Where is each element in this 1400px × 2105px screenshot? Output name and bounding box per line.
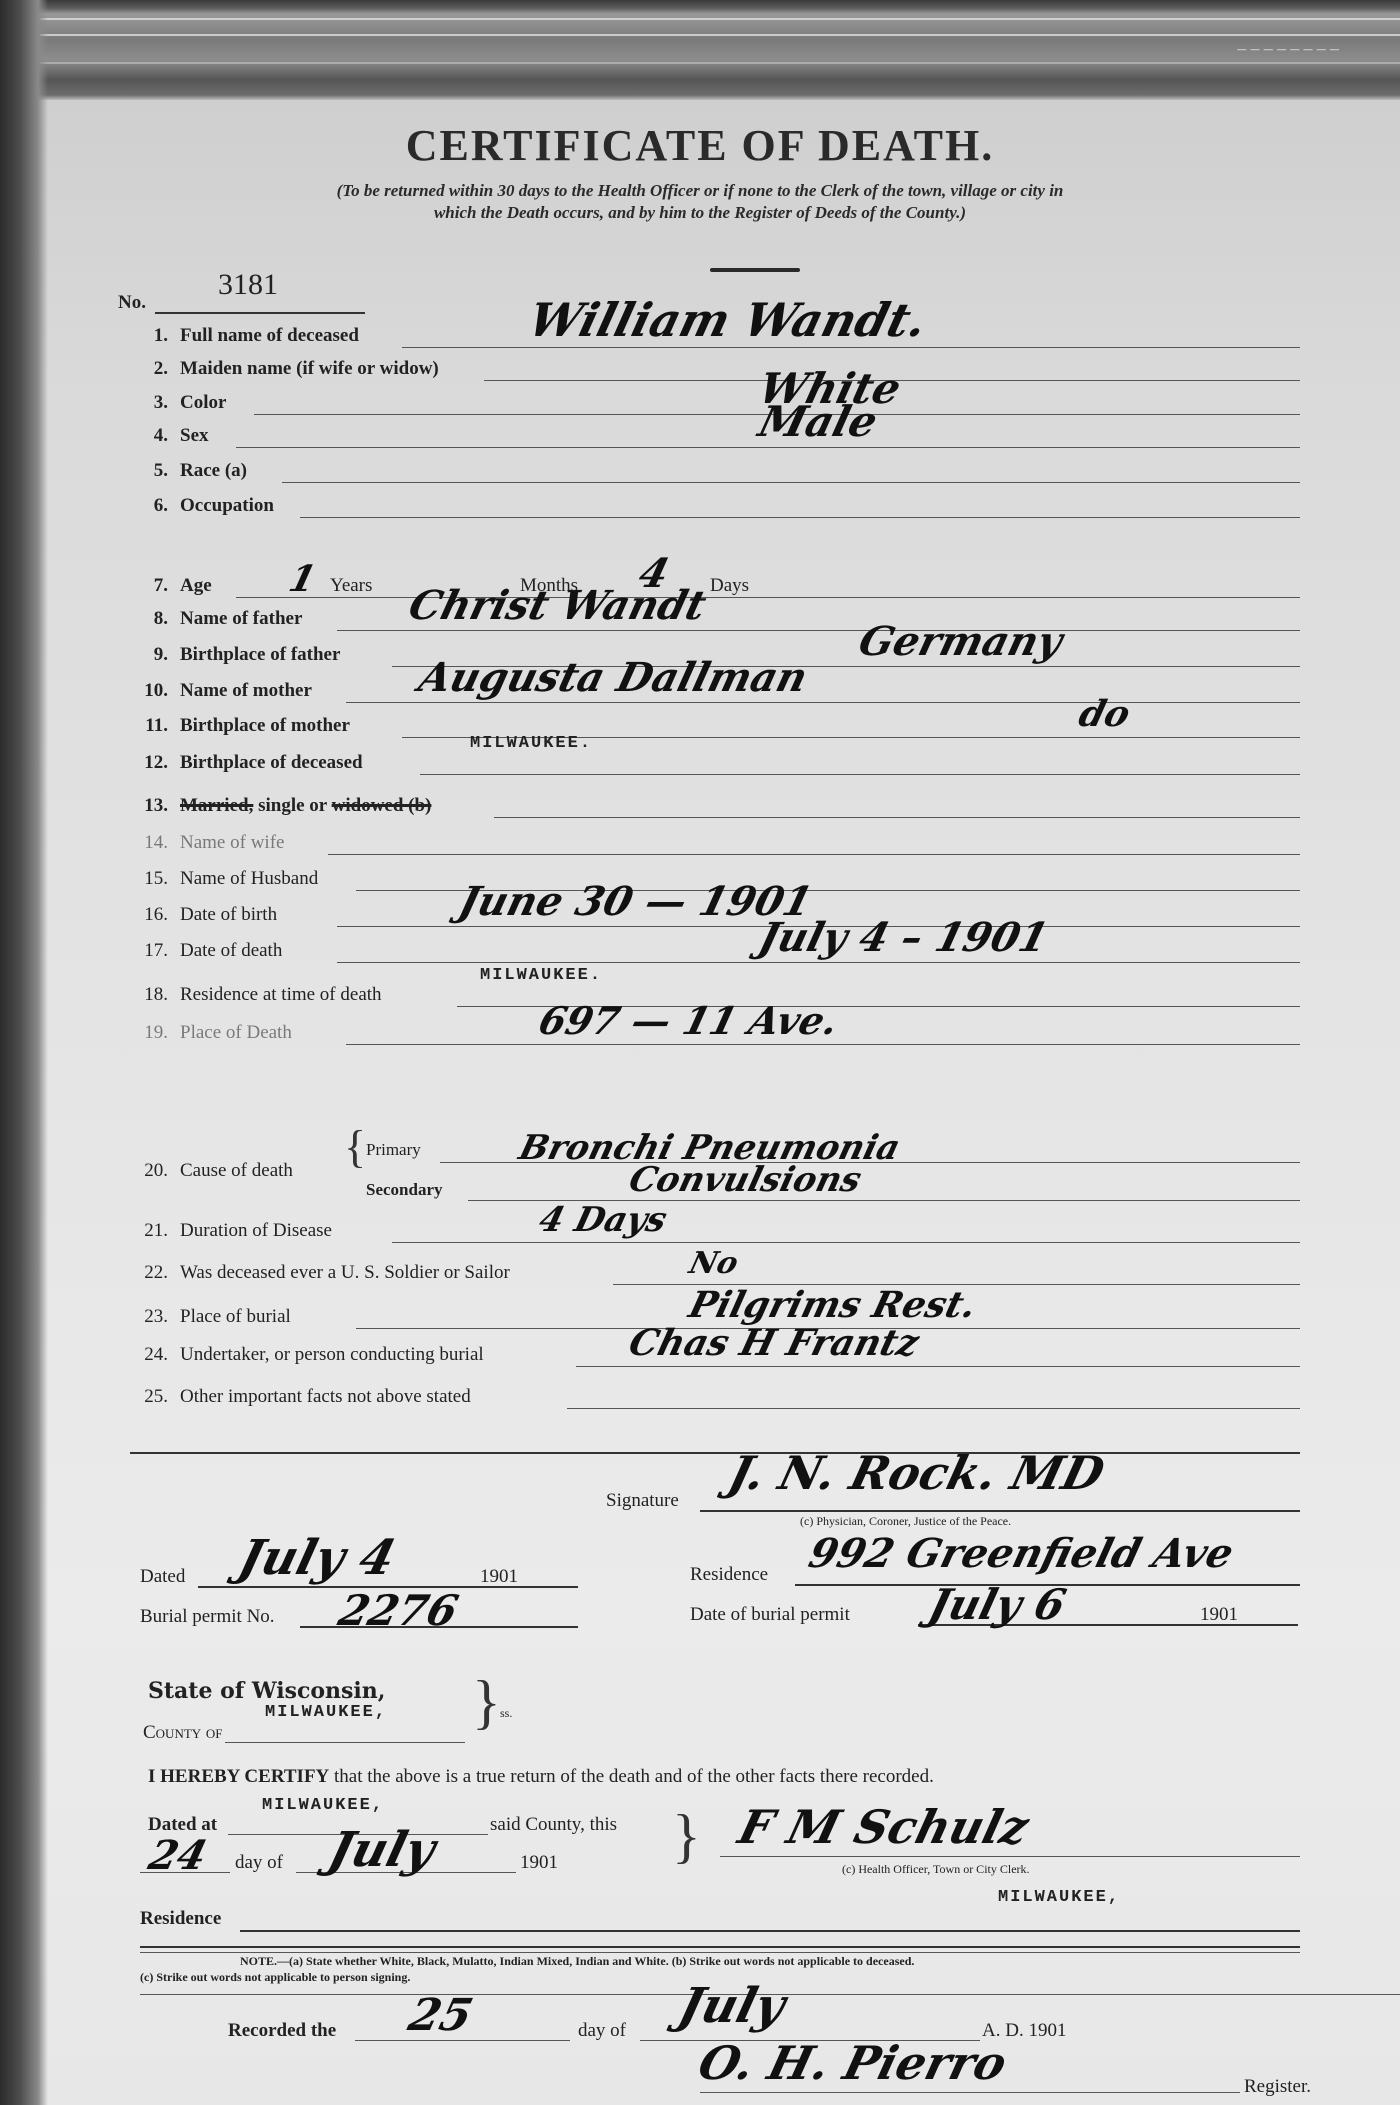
field-label-text: Was deceased ever a U. S. Soldier or Sai… — [180, 1262, 510, 1283]
field-number: 10. — [130, 680, 168, 702]
field-underline — [236, 597, 1300, 598]
struck-word: Married, — [180, 795, 253, 816]
field-number: 22. — [130, 1262, 168, 1284]
field-value-18: MILWAUKEE. — [480, 966, 602, 985]
field-label-8: 8.Name of father — [130, 608, 302, 630]
field-label-text: Birthplace of mother — [180, 715, 350, 736]
field-label-text: Name of father — [180, 608, 302, 629]
certify-text: that the above is a true return of the d… — [334, 1766, 934, 1787]
field-label-text: Name of Husband — [180, 868, 318, 889]
field-label-3: 3.Color — [130, 392, 226, 414]
field-underline — [300, 517, 1300, 518]
ornament-divider — [710, 268, 800, 272]
field-value-24: Chas H Frantz — [625, 1322, 923, 1364]
field-number: 4. — [130, 425, 168, 447]
field-underline — [282, 482, 1300, 483]
field-label-22: 22.Was deceased ever a U. S. Soldier or … — [130, 1262, 510, 1284]
officer-signature: F M Schulz — [733, 1800, 1034, 1854]
physician-signature: J. N. Rock. MD — [723, 1446, 1109, 1500]
field-label-text: Full name of deceased — [180, 325, 359, 346]
physician-residence-label: Residence — [690, 1564, 768, 1586]
cause-primary-label: Primary — [366, 1140, 421, 1160]
officer-city: MILWAUKEE, — [998, 1888, 1120, 1907]
burial-permit-label: Burial permit No. — [140, 1606, 275, 1628]
field-value-1: William Wandt. — [523, 293, 932, 347]
field-value-10: Augusta Dallman — [414, 654, 812, 701]
document-subtitle: (To be returned within 30 days to the He… — [130, 180, 1270, 224]
struck-word: widowed (b) — [332, 795, 432, 816]
field-number: 17. — [130, 940, 168, 962]
field-underline — [402, 347, 1300, 348]
recorded-month-value: July — [673, 1978, 791, 2034]
burial-permit-value: 2276 — [334, 1586, 463, 1635]
field-number: 3. — [130, 392, 168, 414]
scan-top-edge — [0, 0, 1400, 100]
cause-secondary-value: Convulsions — [625, 1160, 865, 1200]
field-number: 8. — [130, 608, 168, 630]
field-number: 24. — [130, 1344, 168, 1366]
recorded-day-of-label: day of — [578, 2020, 626, 2042]
field-underline — [420, 774, 1300, 775]
field-value-23: Pilgrims Rest. — [685, 1284, 981, 1326]
register-label: Register. — [1244, 2076, 1311, 2098]
subtitle-line-2: which the Death occurs, and by him to th… — [130, 202, 1270, 224]
field-underline — [328, 854, 1300, 855]
field-underline — [494, 817, 1300, 818]
field-label-text: single or — [253, 795, 331, 816]
field-value-4: Male — [754, 397, 883, 446]
field-label-text: Age — [180, 575, 212, 596]
field-number: 13. — [130, 795, 168, 817]
field-underline — [337, 962, 1300, 963]
physician-residence-value: 992 Greenfield Ave — [804, 1530, 1238, 1577]
field-value-19: 697 — 11 Ave. — [534, 998, 843, 1043]
field-value-17: July 4 – 1901 — [754, 914, 1053, 961]
field-label-9: 9.Birthplace of father — [130, 644, 340, 666]
burial-permit-date-label: Date of burial permit — [690, 1604, 850, 1626]
cause-secondary-label: Secondary — [366, 1180, 443, 1200]
certificate-number: 3181 — [218, 268, 278, 302]
field-label-text: Sex — [180, 425, 209, 446]
field-label-14: 14.Name of wife — [130, 832, 284, 854]
field-label-10: 10.Name of mother — [130, 680, 312, 702]
field-label-text: Residence at time of death — [180, 984, 382, 1005]
field-underline — [337, 630, 1300, 631]
signature-label: Signature — [606, 1490, 679, 1512]
field-number: 18. — [130, 984, 168, 1006]
field-label-text: Other important facts not above stated — [180, 1386, 471, 1407]
field-number: 6. — [130, 495, 168, 517]
state-label: State of Wisconsin, — [148, 1678, 385, 1704]
field-label-20: 20.Cause of death — [130, 1160, 293, 1182]
burial-permit-year: 1901 — [1200, 1604, 1238, 1626]
certificate-paper — [40, 100, 1400, 2105]
field-label-2: 2.Maiden name (if wife or widow) — [130, 358, 439, 380]
field-label-21: 21.Duration of Disease — [130, 1220, 332, 1242]
field-number: 15. — [130, 868, 168, 890]
field-label-text: Name of wife — [180, 832, 284, 853]
register-signature: O. H. Pierro — [693, 2036, 1012, 2090]
certificate-number-label: No. — [118, 292, 146, 314]
scan-left-edge — [0, 0, 48, 2105]
field-label-7: 7.Age — [130, 575, 212, 597]
document-title: CERTIFICATE OF DEATH. — [0, 120, 1400, 171]
field-number: 14. — [130, 832, 168, 854]
field-number: 21. — [130, 1220, 168, 1242]
field-label-4: 4.Sex — [130, 425, 209, 447]
field-value-9: Germany — [854, 618, 1067, 665]
recorded-day-value: 25 — [404, 1990, 478, 2041]
field-underline — [392, 1242, 1300, 1243]
field-label-text: Duration of Disease — [180, 1220, 332, 1241]
field-label-text: Place of burial — [180, 1306, 291, 1327]
field-label-13: 13.Married, single or widowed (b) — [130, 795, 431, 817]
field-label-25: 25.Other important facts not above state… — [130, 1386, 471, 1408]
burial-permit-date-value: July 6 — [924, 1580, 1071, 1629]
field-value-11: do — [1075, 693, 1135, 735]
jurat-year-value: 1901 — [520, 1852, 558, 1874]
dated-label: Dated — [140, 1566, 185, 1588]
field-number: 11. — [130, 715, 168, 737]
age-months-label: Months — [520, 575, 578, 597]
field-label-24: 24.Undertaker, or person conducting buri… — [130, 1344, 484, 1366]
field-number: 5. — [130, 460, 168, 482]
field-number: 2. — [130, 358, 168, 380]
officer-caption: (c) Health Officer, Town or City Clerk. — [842, 1862, 1030, 1877]
county-label: County of — [143, 1722, 223, 1744]
field-label-17: 17.Date of death — [130, 940, 282, 962]
field-label-text: Undertaker, or person conducting burial — [180, 1344, 484, 1365]
certify-lead: I HEREBY CERTIFY — [148, 1766, 329, 1787]
dated-value: July 4 — [233, 1530, 401, 1586]
field-label-19: 19.Place of Death — [130, 1022, 292, 1044]
field-label-23: 23.Place of burial — [130, 1306, 291, 1328]
field-underline — [576, 1366, 1300, 1367]
jurat-month-value: July — [323, 1822, 441, 1878]
field-label-11: 11.Birthplace of mother — [130, 715, 350, 737]
field-number: 25. — [130, 1386, 168, 1408]
age-years-label: Years — [330, 575, 372, 597]
ss-label: ss. — [500, 1706, 512, 1721]
note-line-1: NOTE.—(a) State whether White, Black, Mu… — [240, 1954, 914, 1969]
field-underline — [346, 1044, 1300, 1045]
cause-brace: { — [344, 1124, 366, 1170]
subtitle-line-1: (To be returned within 30 days to the He… — [130, 180, 1270, 202]
field-underline — [346, 702, 1300, 703]
field-label-12: 12.Birthplace of deceased — [130, 752, 363, 774]
field-label-text: Cause of death — [180, 1160, 293, 1181]
field-label-text: Race (a) — [180, 460, 247, 481]
field-number: 7. — [130, 575, 168, 597]
said-county-label: said County, this — [490, 1814, 617, 1836]
county-value: MILWAUKEE, — [265, 1703, 387, 1722]
jurat-day-of-label: day of — [235, 1852, 283, 1874]
field-label-18: 18.Residence at time of death — [130, 984, 382, 1006]
field-number: 16. — [130, 904, 168, 926]
field-value-22: No — [686, 1246, 742, 1281]
field-value-16: June 30 — 1901 — [454, 878, 817, 925]
field-number: 12. — [130, 752, 168, 774]
note-line-2: (c) Strike out words not applicable to p… — [140, 1970, 410, 1985]
field-label-text: Color — [180, 392, 226, 413]
field-number: 9. — [130, 644, 168, 666]
field-label-text: Occupation — [180, 495, 274, 516]
field-number: 23. — [130, 1306, 168, 1328]
field-label-text: Birthplace of father — [180, 644, 340, 665]
age-days-label: Days — [710, 575, 749, 597]
physician-caption: (c) Physician, Coroner, Justice of the P… — [800, 1514, 1011, 1529]
field-label-text: Name of mother — [180, 680, 312, 701]
jurat-brace-2: } — [672, 1806, 701, 1866]
field-label-16: 16.Date of birth — [130, 904, 277, 926]
dated-at-value: MILWAUKEE, — [262, 1796, 384, 1815]
field-label-1: 1.Full name of deceased — [130, 325, 359, 347]
field-label-text: Birthplace of deceased — [180, 752, 363, 773]
field-label-text: Date of birth — [180, 904, 277, 925]
field-label-text: Place of Death — [180, 1022, 292, 1043]
certify-statement: I HEREBY CERTIFY that the above is a tru… — [148, 1766, 934, 1788]
jurat-day-value: 24 — [144, 1832, 211, 1879]
field-label-text: Date of death — [180, 940, 282, 961]
field-value-21: 4 Days — [535, 1200, 671, 1240]
jurat-residence-label: Residence — [140, 1908, 221, 1930]
field-number: 1. — [130, 325, 168, 347]
field-number: 19. — [130, 1022, 168, 1044]
field-label-text: Maiden name (if wife or widow) — [180, 358, 439, 379]
field-label-5: 5.Race (a) — [130, 460, 247, 482]
field-underline — [236, 447, 1300, 448]
field-number: 20. — [130, 1160, 168, 1182]
field-underline — [567, 1408, 1300, 1409]
field-value-12: MILWAUKEE. — [470, 734, 592, 753]
recorded-label: Recorded the — [228, 2020, 336, 2042]
field-label-15: 15.Name of Husband — [130, 868, 318, 890]
printer-mark: — — — — — — — — — [1237, 44, 1340, 54]
jurat-brace: } — [472, 1672, 501, 1732]
dated-year: 1901 — [480, 1566, 518, 1588]
field-label-6: 6.Occupation — [130, 495, 274, 517]
